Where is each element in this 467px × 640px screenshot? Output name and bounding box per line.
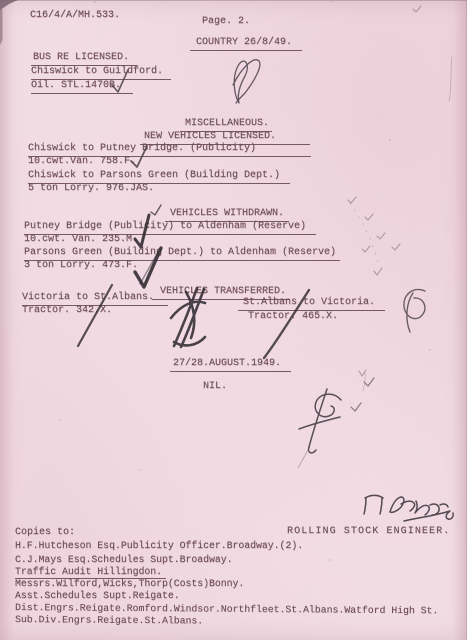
copies-heading: Copies to: <box>15 527 75 539</box>
vehicle-line: 10.cwt. Van. 235.M. <box>24 234 138 246</box>
role-title: ROLLING STOCK ENGINEER. <box>287 526 450 538</box>
vehicle-line: Oil. STL.1470B. <box>31 80 133 94</box>
handwritten-signature <box>364 495 453 521</box>
paper-crease <box>449 57 452 101</box>
copies-recipient: Messrs.Wilford,Wicks,Thorp(Costs)Bonny. <box>15 578 244 589</box>
copies-recipient: Asst.Schedules Supt.Reigate. <box>15 590 180 601</box>
nil-entry: NIL. <box>203 381 227 393</box>
copies-recipient: H.F.Hutcheson Esq.Publicity Officer.Broa… <box>15 540 303 551</box>
vehicle-line: 3 ton Lorry. 473.F. <box>24 260 138 272</box>
vehicle-line: 5 ton Lorry. 976.JAS. <box>28 183 154 195</box>
checkmark-icon <box>351 403 361 411</box>
reference-number: C16/4/A/MH.533. <box>30 10 120 22</box>
scan-edge-top <box>0 0 467 1</box>
route-line: Putney Bridge (Publicity) to Aldenham (R… <box>24 221 316 235</box>
vehicle-line: 10.cwt.Van. 758.F. <box>28 156 136 168</box>
route-line: St.Albans to Victoria. <box>238 297 385 311</box>
route-line: Chiswick to Parsons Green (Building Dept… <box>28 170 290 184</box>
pencil-line <box>363 373 365 391</box>
copies-recipient: C.J.Mays Esq.Schedules Supt.Broadway. <box>15 554 233 565</box>
scan-corner-mark <box>0 0 18 10</box>
pencil-tick <box>348 6 421 376</box>
scan-edge-mark <box>0 9 3 45</box>
handwritten-initials <box>233 60 260 103</box>
checkmark-icon <box>151 205 161 215</box>
section-heading-vehicles-withdrawn: VEHICLES WITHDRAWN. <box>165 208 289 222</box>
route-line: Chiswick to Guildford. <box>31 66 171 80</box>
route-line: Victoria to St.Albans. <box>22 292 168 306</box>
pencil-trail <box>350 203 378 262</box>
vehicle-line: Tractor. 342.X. <box>22 305 112 317</box>
route-line: Parsons Green (Building Dept.) to Aldenh… <box>24 247 340 261</box>
country-date-heading: COUNTRY 26/8/49. <box>190 37 302 51</box>
vehicle-line: Tractor. 465.X. <box>248 311 338 323</box>
copies-recipient: Sub.Div.Engrs.Reigate.St.Albans. <box>15 614 203 627</box>
section-heading-miscellaneous: MISCELLANEOUS. <box>180 118 272 132</box>
section-heading-bus-re-licensed: BUS RE LICENSED. <box>31 52 137 66</box>
route-line: Chiswick to Putney Bridge. (Publicity) <box>28 143 311 157</box>
pen-squiggle <box>404 289 425 332</box>
handwritten-monogram <box>299 389 341 453</box>
date-heading-next-day: 27/28.AUGUST.1949. <box>170 358 291 372</box>
checkmark-icon <box>364 378 374 386</box>
scanned-document: C16/4/A/MH.533. Page. 2. COUNTRY 26/8/49… <box>0 0 467 640</box>
pencil-line <box>298 450 308 468</box>
page-number: Page. 2. <box>202 16 250 28</box>
